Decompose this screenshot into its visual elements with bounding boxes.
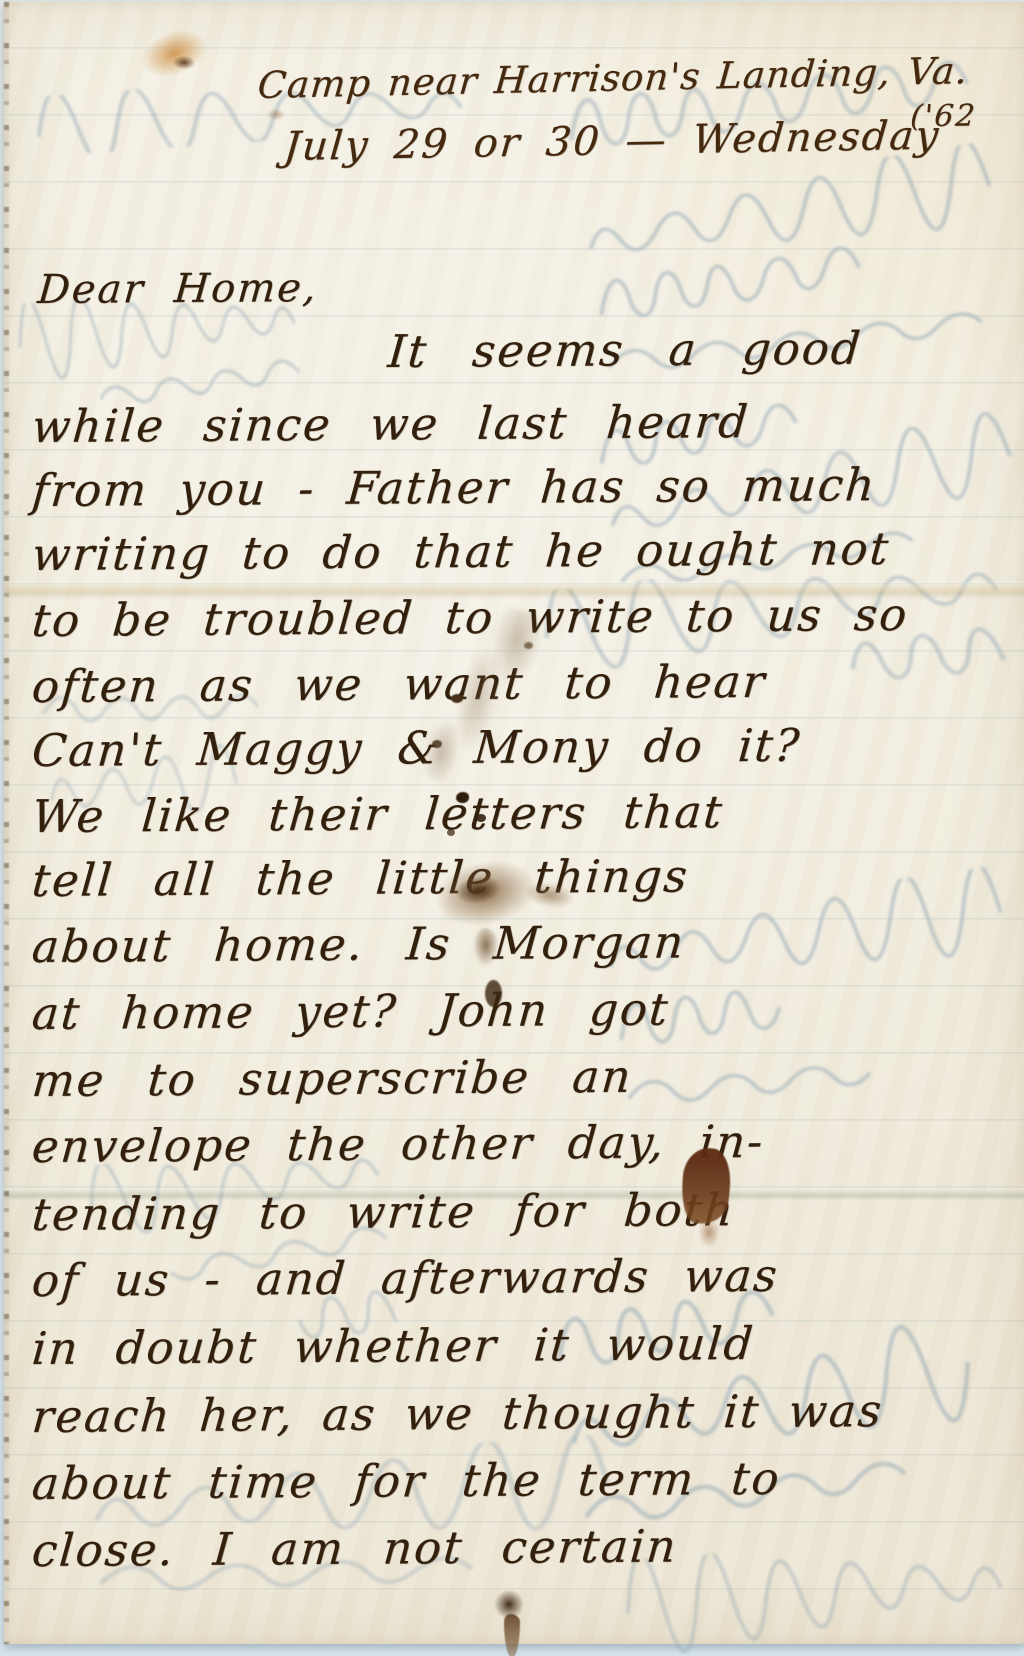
body-line: often as we want to hear (30, 655, 768, 713)
letter-paper: Camp near Harrison's Landing, Va. ('62 J… (4, 2, 1024, 1644)
torn-paper-edge (4, 2, 9, 1644)
body-line: in doubt whether it would (30, 1317, 757, 1375)
body-line: It seems a good (386, 322, 864, 378)
body-line: writing to do that he ought not (30, 522, 892, 581)
scan-background: { "document": { "heading": { "location_l… (0, 0, 1024, 1656)
body-line: while since we last heard (30, 395, 751, 453)
body-line: close. I am not certain (30, 1519, 680, 1577)
body-line: me to superscribe an (30, 1050, 634, 1107)
body-line: tending to write for both (30, 1183, 737, 1241)
body-line: We like their letters that (30, 785, 726, 843)
body-line: at home yet? John got (30, 983, 671, 1040)
body-line: Can't Maggy & Mony do it? (30, 719, 803, 777)
body-line: reach her, as we thought it was (30, 1384, 885, 1443)
body-line: of us - and afterwards was (30, 1249, 781, 1307)
salutation: Dear Home, (36, 265, 320, 313)
body-line: envelope the other day, in- (30, 1115, 766, 1173)
body-line: about time for the term to (30, 1452, 783, 1510)
body-line: to be troubled to write to us so (30, 588, 911, 647)
body-line: about home. Is Morgan (30, 915, 687, 973)
body-line: tell all the little things (30, 849, 691, 907)
body-line: from you - Father has so much (30, 458, 878, 517)
